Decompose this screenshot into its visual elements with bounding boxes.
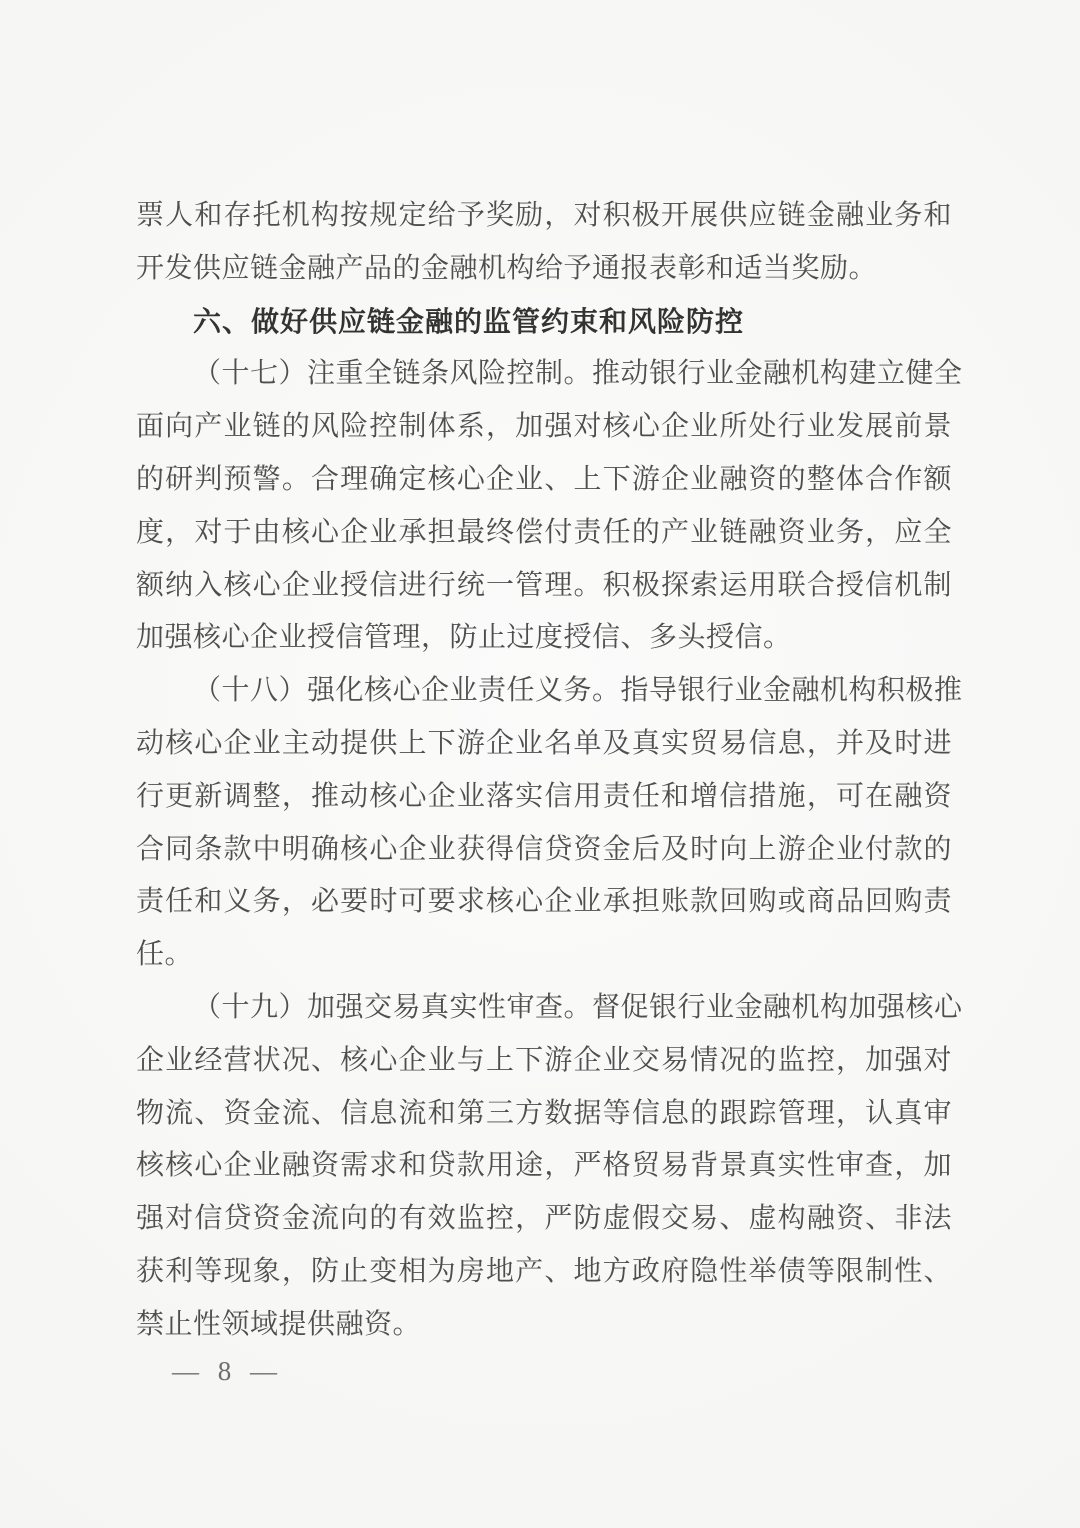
page-number: — 8 — [172, 1356, 283, 1387]
text-line: 开发供应链金融产品的金融机构给予通报表彰和适当奖励。 [136, 243, 952, 296]
text-line: （十八）强化核心企业责任义务。指导银行业金融机构积极推 [136, 665, 952, 718]
text-line: 任。 [136, 929, 952, 982]
text-line: （十七）注重全链条风险控制。推动银行业金融机构建立健全 [136, 348, 952, 401]
text-line: 责任和义务，必要时可要求核心企业承担账款回购或商品回购责 [136, 876, 952, 929]
section-heading: 六、做好供应链金融的监管约束和风险防控 [136, 296, 952, 349]
scanned-page: 票人和存托机构按规定给予奖励，对积极开展供应链金融业务和 开发供应链金融产品的金… [0, 0, 1080, 1528]
text-line: 行更新调整，推动核心企业落实信用责任和增信措施，可在融资 [136, 771, 952, 824]
text-line: 面向产业链的风险控制体系，加强对核心企业所处行业发展前景 [136, 401, 952, 454]
text-line: 强对信贷资金流向的有效监控，严防虚假交易、虚构融资、非法 [136, 1193, 952, 1246]
text-line: 加强核心企业授信管理，防止过度授信、多头授信。 [136, 612, 952, 665]
text-line: 动核心企业主动提供上下游企业名单及真实贸易信息，并及时进 [136, 718, 952, 771]
text-line: 核核心企业融资需求和贷款用途，严格贸易背景真实性审查，加 [136, 1140, 952, 1193]
text-line: 度，对于由核心企业承担最终偿付责任的产业链融资业务，应全 [136, 507, 952, 560]
text-line: 票人和存托机构按规定给予奖励，对积极开展供应链金融业务和 [136, 190, 952, 243]
document-body: 票人和存托机构按规定给予奖励，对积极开展供应链金融业务和 开发供应链金融产品的金… [136, 190, 952, 1352]
text-line: 禁止性领域提供融资。 [136, 1299, 952, 1352]
text-line: 获利等现象，防止变相为房地产、地方政府隐性举债等限制性、 [136, 1246, 952, 1299]
text-line: 合同条款中明确核心企业获得信贷资金后及时向上游企业付款的 [136, 824, 952, 877]
text-line: 物流、资金流、信息流和第三方数据等信息的跟踪管理，认真审 [136, 1088, 952, 1141]
text-line: 的研判预警。合理确定核心企业、上下游企业融资的整体合作额 [136, 454, 952, 507]
text-line: 企业经营状况、核心企业与上下游企业交易情况的监控，加强对 [136, 1035, 952, 1088]
text-line: （十九）加强交易真实性审查。督促银行业金融机构加强核心 [136, 982, 952, 1035]
text-line: 额纳入核心企业授信进行统一管理。积极探索运用联合授信机制 [136, 560, 952, 613]
